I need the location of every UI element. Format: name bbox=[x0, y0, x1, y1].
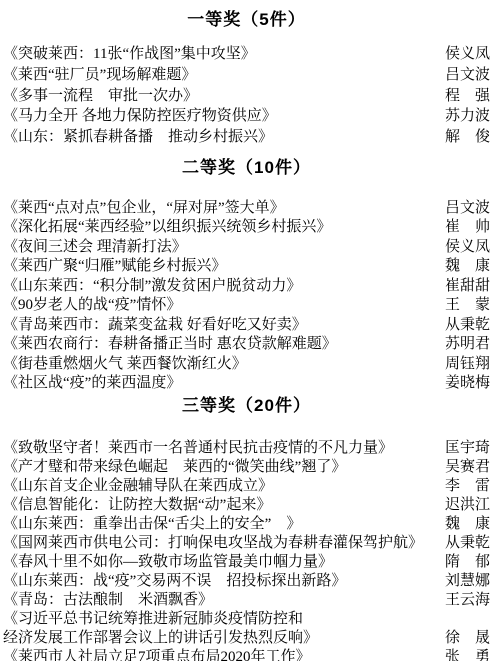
award-title: 《莱西“点对点”包企业，“屏对屏”签大单》 bbox=[3, 199, 444, 219]
award-title: 《莱西农商行：春耕备播正当时 惠农贷款解难题》 bbox=[3, 335, 444, 355]
award-author: 张 勇 bbox=[444, 648, 490, 661]
award-row: 《山东：紧抓春耕备播 推动乡村振兴》 解 俊 bbox=[3, 127, 490, 148]
award-author: 迟洪江 bbox=[444, 496, 490, 515]
award-title: 《信息智能化：让防控大数据“动”起来》 bbox=[3, 496, 444, 515]
award-title: 《夜间三述会 理清新打法》 bbox=[3, 238, 444, 258]
award-title: 《青岛：古法酿制 米酒飘香》 bbox=[3, 591, 444, 610]
award-author: 程 强 bbox=[444, 86, 490, 107]
section-third-prize: 三等奖（20件） 《致敬坚守者！莱西市一名普通村民抗击疫情的不凡力量》 匡宇琦 … bbox=[3, 397, 490, 661]
award-title: 《山东：紧抓春耕备播 推动乡村振兴》 bbox=[3, 127, 444, 148]
award-title: 《多事一流程 审批一次办》 bbox=[3, 86, 444, 107]
section-heading-first-prize: 一等奖（5件） bbox=[3, 11, 490, 29]
award-author: 吴赛君 bbox=[444, 458, 490, 477]
award-title: 《街巷重燃烟火气 莱西餐饮渐红火》 bbox=[3, 355, 444, 375]
award-author: 匡宇琦 bbox=[444, 439, 490, 458]
award-row: 《多事一流程 审批一次办》 程 强 bbox=[3, 86, 490, 107]
award-author: 吕文波 bbox=[444, 199, 490, 219]
award-author: 徐 晟 bbox=[444, 629, 490, 648]
award-author: 从秉乾 bbox=[444, 316, 490, 336]
award-title: 《山东首支企业金融辅导队在莱西成立》 bbox=[3, 477, 444, 496]
award-author: 侯义凤 bbox=[444, 238, 490, 258]
award-row: 《山东首支企业金融辅导队在莱西成立》 李 雷 bbox=[3, 477, 490, 496]
award-author: 魏 康 bbox=[444, 257, 490, 277]
award-author: 魏 康 bbox=[444, 515, 490, 534]
award-row: 《90岁老人的战“疫”情怀》 王 蒙 bbox=[3, 296, 490, 316]
award-title: 《国网莱西市供电公司：打响保电攻坚战为春耕春灌保驾护航》 bbox=[3, 534, 444, 553]
award-author: 苏力波 bbox=[444, 106, 490, 127]
award-title: 《山东莱西：重拳出击保“舌尖上的安全” 》 bbox=[3, 515, 444, 534]
section-first-prize: 一等奖（5件） 《突破莱西：11张“作战图”集中攻坚》 侯义凤 《莱西“驻厂员”… bbox=[3, 11, 490, 148]
award-title: 《突破莱西：11张“作战图”集中攻坚》 bbox=[3, 44, 444, 65]
award-author: 王云海 bbox=[444, 591, 490, 610]
third-prize-list: 《致敬坚守者！莱西市一名普通村民抗击疫情的不凡力量》 匡宇琦 《产才璧和带来绿色… bbox=[3, 439, 490, 661]
award-title: 《90岁老人的战“疫”情怀》 bbox=[3, 296, 444, 316]
award-title: 《莱西“驻厂员”现场解难题》 bbox=[3, 65, 444, 86]
award-author: 姜晓梅 bbox=[444, 374, 490, 394]
award-title: 《莱西广聚“归雁”赋能乡村振兴》 bbox=[3, 257, 444, 277]
award-document-page: 一等奖（5件） 《突破莱西：11张“作战图”集中攻坚》 侯义凤 《莱西“驻厂员”… bbox=[0, 0, 500, 661]
award-row: 《春风十里不如你—致敬市场监管最美巾帼力量》 隋 郁 bbox=[3, 553, 490, 572]
award-row: 《山东莱西：重拳出击保“舌尖上的安全” 》 魏 康 bbox=[3, 515, 490, 534]
award-title: 《产才璧和带来绿色崛起 莱西的“微笑曲线”翘了》 bbox=[3, 458, 444, 477]
section-heading-second-prize: 二等奖（10件） bbox=[3, 159, 490, 177]
award-row: 《社区战“疫”的莱西温度》 姜晓梅 bbox=[3, 374, 490, 394]
award-row: 《夜间三述会 理清新打法》 侯义凤 bbox=[3, 238, 490, 258]
award-title: 《深化拓展“莱西经验”以组织振兴统领乡村振兴》 bbox=[3, 218, 444, 238]
second-prize-list: 《莱西“点对点”包企业，“屏对屏”签大单》 吕文波 《深化拓展“莱西经验”以组织… bbox=[3, 199, 490, 394]
award-title: 《春风十里不如你—致敬市场监管最美巾帼力量》 bbox=[3, 553, 444, 572]
award-row: 《深化拓展“莱西经验”以组织振兴统领乡村振兴》 崔 帅 bbox=[3, 218, 490, 238]
award-row: 《产才璧和带来绿色崛起 莱西的“微笑曲线”翘了》 吴赛君 bbox=[3, 458, 490, 477]
award-row: 《山东莱西：战“疫”交易两不误 招投标探出新路》 刘慧娜 bbox=[3, 572, 490, 591]
award-title: 《山东莱西：“积分制”激发贫困户脱贫动力》 bbox=[3, 277, 444, 297]
award-row: 《莱西“点对点”包企业，“屏对屏”签大单》 吕文波 bbox=[3, 199, 490, 219]
award-row: 《街巷重燃烟火气 莱西餐饮渐红火》 周钰翔 bbox=[3, 355, 490, 375]
award-author: 王 蒙 bbox=[444, 296, 490, 316]
award-row: 《信息智能化：让防控大数据“动”起来》 迟洪江 bbox=[3, 496, 490, 515]
award-title: 《致敬坚守者！莱西市一名普通村民抗击疫情的不凡力量》 bbox=[3, 439, 444, 458]
award-row: 《突破莱西：11张“作战图”集中攻坚》 侯义凤 bbox=[3, 44, 490, 65]
award-row: 《莱西广聚“归雁”赋能乡村振兴》 魏 康 bbox=[3, 257, 490, 277]
award-row: 《马力全开 各地力保防控医疗物资供应》 苏力波 bbox=[3, 106, 490, 127]
award-title: 《社区战“疫”的莱西温度》 bbox=[3, 374, 444, 394]
award-author: 周钰翔 bbox=[444, 355, 490, 375]
section-heading-third-prize: 三等奖（20件） bbox=[3, 397, 490, 415]
award-author: 李 雷 bbox=[444, 477, 490, 496]
award-row: 《致敬坚守者！莱西市一名普通村民抗击疫情的不凡力量》 匡宇琦 bbox=[3, 439, 490, 458]
award-row: 《莱西农商行：春耕备播正当时 惠农贷款解难题》 苏明君 bbox=[3, 335, 490, 355]
award-author: 崔 帅 bbox=[444, 218, 490, 238]
award-author: 侯义凤 bbox=[444, 44, 490, 65]
award-author: 苏明君 bbox=[444, 335, 490, 355]
award-row: 《山东莱西：“积分制”激发贫困户脱贫动力》 崔甜甜 bbox=[3, 277, 490, 297]
award-author: 解 俊 bbox=[444, 127, 490, 148]
first-prize-list: 《突破莱西：11张“作战图”集中攻坚》 侯义凤 《莱西“驻厂员”现场解难题》 吕… bbox=[3, 44, 490, 148]
award-row: 《青岛：古法酿制 米酒飘香》 王云海 bbox=[3, 591, 490, 610]
award-author: 从秉乾 bbox=[444, 534, 490, 553]
award-title: 《莱西市人社局立足7项重点布局2020年工作》 bbox=[3, 648, 444, 661]
award-title: 《习近平总书记统筹推进新冠肺炎疫情防控和 经济发展工作部署会议上的讲话引发热烈反… bbox=[3, 610, 444, 648]
award-row: 《习近平总书记统筹推进新冠肺炎疫情防控和 经济发展工作部署会议上的讲话引发热烈反… bbox=[3, 610, 490, 648]
award-author: 吕文波 bbox=[444, 65, 490, 86]
section-second-prize: 二等奖（10件） 《莱西“点对点”包企业，“屏对屏”签大单》 吕文波 《深化拓展… bbox=[3, 159, 490, 394]
award-author: 隋 郁 bbox=[444, 553, 490, 572]
award-author: 刘慧娜 bbox=[444, 572, 490, 591]
award-row: 《莱西市人社局立足7项重点布局2020年工作》 张 勇 bbox=[3, 648, 490, 661]
award-row: 《国网莱西市供电公司：打响保电攻坚战为春耕春灌保驾护航》 从秉乾 bbox=[3, 534, 490, 553]
award-row: 《青岛莱西市：蔬菜变盆栽 好看好吃又好卖》 从秉乾 bbox=[3, 316, 490, 336]
award-title: 《青岛莱西市：蔬菜变盆栽 好看好吃又好卖》 bbox=[3, 316, 444, 336]
award-title: 《山东莱西：战“疫”交易两不误 招投标探出新路》 bbox=[3, 572, 444, 591]
award-author: 崔甜甜 bbox=[444, 277, 490, 297]
award-title: 《马力全开 各地力保防控医疗物资供应》 bbox=[3, 106, 444, 127]
award-row: 《莱西“驻厂员”现场解难题》 吕文波 bbox=[3, 65, 490, 86]
